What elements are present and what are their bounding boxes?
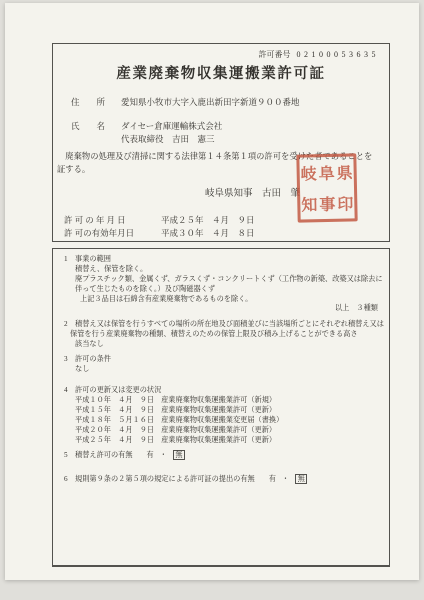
permit-details-box: 1事業の範囲 積替え、保管を除く。 廃プラスチック類、金属くず、ガラスくず・コン… [52, 248, 390, 567]
address-value: 愛知県小牧市大字入鹿出新田字新道９００番地 [121, 96, 300, 108]
history-event: 産業廃棄物収集運搬業許可（更新） [161, 436, 276, 444]
section-4-heading: 4許可の更新又は変更の状況 [64, 386, 161, 395]
governor-signature: 岐阜県知事 古田 肇 [205, 185, 300, 199]
option-dot: ・ [282, 475, 289, 483]
valid-date-value: 平成３０年 ４月 ８日 [161, 227, 255, 239]
seal-char: 事 [318, 188, 337, 219]
history-title: 許可の更新又は変更の状況 [75, 386, 161, 394]
history-date: 平成２０年 ４月 ９日 [75, 426, 154, 434]
scanned-paper: 許可番号02100053635 産業廃棄物収集運搬業許可証 住 所 愛知県小牧市… [5, 3, 419, 580]
section-number: 5 [64, 451, 75, 460]
section-title: 事業の範囲 [75, 255, 111, 263]
scope-total: 以上 ３種類 [335, 304, 378, 313]
section-number: 6 [64, 475, 75, 484]
conditions-value: なし [75, 365, 89, 374]
section-number: 3 [64, 355, 75, 364]
transfer-storage-line-1: 積替え又は保管を行うすべての場所の所在地及び面積並びに当該場所ごとにそれぞれ積替… [75, 320, 384, 328]
history-row: 平成１０年 ４月 ９日産業廃棄物収集運搬業許可（新規） [75, 396, 276, 405]
transfer-storage-line-2: 保管を行う産業廃棄物の種類、積替えのための保管上限及び積み上げることができる高さ [70, 330, 358, 339]
section-number: 2 [64, 320, 75, 329]
transfer-storage-value: 該当なし [75, 340, 104, 349]
history-event: 産業廃棄物収集運搬業許可（更新） [161, 426, 276, 434]
document-title: 産業廃棄物収集運搬業許可証 [53, 62, 389, 83]
history-row: 平成１８年 ５月１６日産業廃棄物収集運搬業変更届（書換） [75, 416, 283, 425]
history-event: 産業廃棄物収集運搬業許可（新規） [161, 396, 276, 404]
address-label: 住 所 [71, 96, 105, 108]
option-yes: 有 [147, 451, 154, 459]
valid-date-label: 許 可の有効年月日 [64, 227, 134, 239]
company-name: ダイセー倉庫運輸株式会社 [121, 120, 222, 132]
option-yes: 有 [269, 475, 276, 483]
seal-char: 印 [336, 187, 355, 218]
submission-label: 規則第９条の２第５項の規定による許可証の提出の有無 [75, 475, 255, 483]
option-no-selected: 無 [295, 474, 307, 484]
permit-number: 許可番号02100053635 [259, 49, 380, 60]
history-date: 平成２５年 ４月 ９日 [75, 436, 154, 444]
section-5-transfer-permit: 5積替え許可の有無有・無 [64, 451, 185, 460]
scope-line-4: 上記３品目は石綿含有産業廃棄物であるものを除く。 [80, 295, 252, 304]
name-label: 氏 名 [71, 120, 105, 132]
issue-date-value: 平成２５年 ４月 ９日 [161, 214, 255, 226]
representative-name: 代表取締役 吉田 憲三 [121, 133, 215, 145]
scope-line-1: 積替え、保管を除く。 [75, 265, 147, 274]
issue-date-label: 許 可 の 年 月 日 [64, 214, 126, 226]
history-date: 平成１５年 ４月 ９日 [75, 406, 154, 414]
history-row: 平成２０年 ４月 ９日産業廃棄物収集運搬業許可（更新） [75, 426, 276, 435]
transfer-permit-label: 積替え許可の有無 [75, 451, 133, 459]
section-2-heading: 2積替え又は保管を行うすべての場所の所在地及び面積並びに当該場所ごとにそれぞれ積… [64, 320, 384, 329]
section-number: 4 [64, 386, 75, 395]
permit-number-label: 許可番号 [259, 50, 291, 59]
history-row: 平成２５年 ４月 ９日産業廃棄物収集運搬業許可（更新） [75, 436, 276, 445]
history-event: 産業廃棄物収集運搬業許可（更新） [161, 406, 276, 414]
permit-number-value: 02100053635 [297, 50, 380, 59]
scope-line-3: 伴って生じたものを除く。）及び陶磁器くず [75, 285, 215, 294]
section-3-heading: 3許可の条件 [64, 355, 111, 364]
section-6-submission: 6規則第９条の２第５項の規定による許可証の提出の有無有・無 [64, 475, 307, 484]
section-number: 1 [64, 255, 75, 264]
seal-char: 岐 [299, 157, 318, 188]
seal-char: 知 [300, 188, 319, 219]
seal-char: 阜 [317, 157, 336, 188]
seal-char: 県 [335, 156, 354, 187]
scope-line-2: 廃プラスチック類、金属くず、ガラスくず・コンクリートくず（工作物の新築、改築又は… [75, 275, 383, 284]
certificate-header-box: 許可番号02100053635 産業廃棄物収集運搬業許可証 住 所 愛知県小牧市… [52, 43, 390, 242]
option-dot: ・ [160, 451, 167, 459]
history-event: 産業廃棄物収集運搬業変更届（書換） [161, 416, 283, 424]
conditions-title: 許可の条件 [75, 355, 111, 363]
history-date: 平成１０年 ４月 ９日 [75, 396, 154, 404]
history-row: 平成１５年 ４月 ９日産業廃棄物収集運搬業許可（更新） [75, 406, 276, 415]
option-no-selected: 無 [173, 450, 185, 460]
section-1-heading: 1事業の範囲 [64, 255, 111, 264]
history-date: 平成１８年 ５月１６日 [75, 416, 154, 424]
governor-seal: 岐 阜 県 知 事 印 [296, 153, 357, 222]
